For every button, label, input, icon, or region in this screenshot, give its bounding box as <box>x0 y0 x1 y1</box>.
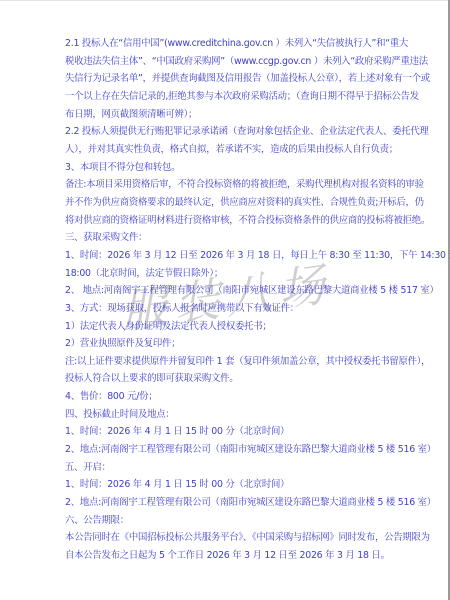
document-line: 布日期，网页截图须清晰可辨）； <box>65 106 431 124</box>
page-top-edge <box>0 0 450 1</box>
document-line: 四、投标截止时间及地点： <box>65 406 431 424</box>
document-line: 并不作为供应商资格要求的最终认定，供应商应对资料的真实性、合规性负责;开标后，仍 <box>65 194 431 212</box>
document-line: 2.1 投标人在“信用中国”(www.creditchina.gov.cn ）未… <box>65 35 431 53</box>
document-page: 服装八场 2.1 投标人在“信用中国”(www.creditchina.gov.… <box>0 0 450 600</box>
document-line: 投标人符合以上要求的即可获取采购文件。 <box>65 370 431 388</box>
document-line: 将对供应商的资格证明材料进行资格审核，不符合投标资格条件的供应商的投标将被拒绝。 <box>65 212 431 230</box>
document-line: 1、时间：2026 年 3 月 12 日至 2026 年 3 月 18 日，每日… <box>65 247 431 265</box>
document-line: 2、 地点:河南阁宇工程管理有限公司（南阳市宛城区建设东路巴黎大道商业楼 5 楼… <box>65 282 431 300</box>
document-line: 2、地点:河南阁宇工程管理有限公司（南阳市宛城区建设东路巴黎大道商业楼 5 楼 … <box>65 441 431 459</box>
document-line: 备注:本项目采用资格后审，不符合投标资格的将被拒绝，采购代理机构对报名资料的审验 <box>65 176 431 194</box>
document-line: 三、获取采购文件： <box>65 229 431 247</box>
document-line: 4、售价：800 元/份； <box>65 388 431 406</box>
document-line: 3、本项目不得分包和转包。 <box>65 159 431 177</box>
document-line: 2）营业执照原件及复印件； <box>65 335 431 353</box>
document-line: 税收违法失信主体”、“中国政府采购网”（www.ccgp.gov.cn ）未列入… <box>65 53 431 71</box>
document-line: 自本公告发布之日起为 5 个工作日 2026 年 3 月 12 日至 2026 … <box>65 547 431 565</box>
document-line: 五、开启： <box>65 459 431 477</box>
document-line: 1、时间：2026 年 4 月 1 日 15 时 00 分（北京时间） <box>65 476 431 494</box>
document-content: 2.1 投标人在“信用中国”(www.creditchina.gov.cn ）未… <box>65 35 431 565</box>
document-line: 3、方式：现场获取，投标人报名时应携带以下有效证件： <box>65 300 431 318</box>
document-line: 一个以上存在失信记录的,拒绝其参与本次政府采购活动；（查询日期不得早于招标公告发 <box>65 88 431 106</box>
document-line: 1、时间：2026 年 4 月 1 日 15 时 00 分（北京时间） <box>65 423 431 441</box>
document-line: 2、地点:河南阁宇工程管理有限公司（南阳市宛城区建设东路巴黎大道商业楼 5 楼 … <box>65 494 431 512</box>
document-line: 注:以上证件要求提供原件并留复印件 1 套（复印件须加盖公章，其中授权委托书留原… <box>65 353 431 371</box>
document-line: 1）法定代表人身份证明及法定代表人授权委托书； <box>65 318 431 336</box>
document-line: 人），并对其真实性负责，格式自拟，若承诺不实，造成的后果由投标人自行负责； <box>65 141 431 159</box>
document-line: 本公告同时在《中国招标投标公共服务平台》、《中国采购与招标网》同时发布，公告期限… <box>65 529 431 547</box>
document-line: 2.2 投标人须提供无行贿犯罪记录承诺函（查询对象包括企业、企业法定代表人、委托… <box>65 123 431 141</box>
document-line: 18:00（北京时间，法定节假日除外）； <box>65 265 431 283</box>
document-line: 失信行为记录名单”，并提供查询截图及信用报告（加盖投标人公章），若上述对象有一个… <box>65 70 431 88</box>
document-line: 六、公告期限： <box>65 512 431 530</box>
